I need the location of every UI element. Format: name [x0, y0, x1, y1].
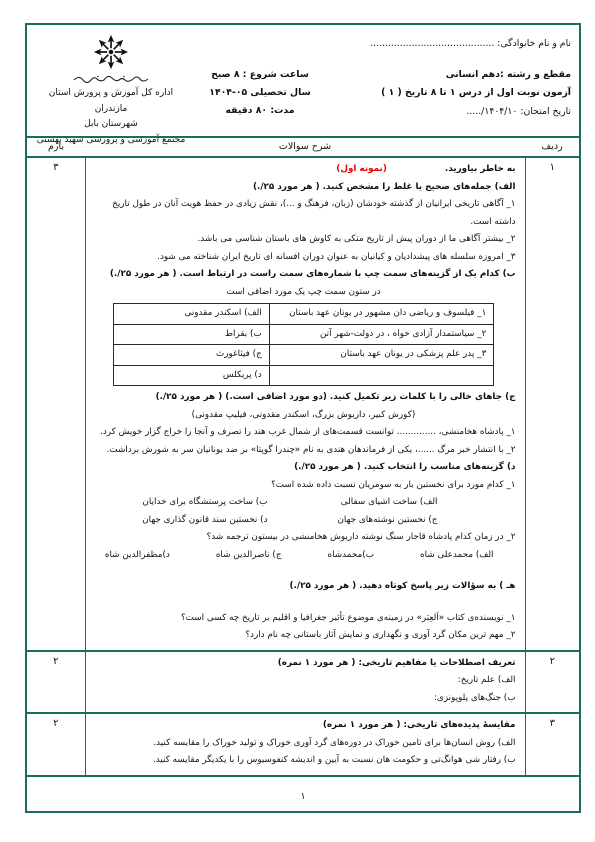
q3-item-a: الف) روش انسان‌ها برای تامین خوراک در دو…	[92, 735, 516, 753]
q1-part-e-heading: هـ ) به سؤالات زیر پاسخ کوتاه دهید. ( هر…	[92, 578, 516, 596]
q1-d2-option-c: ج) ناصرالدین شاه	[216, 547, 282, 565]
matching-option-c: ج) فیثاغورث	[113, 345, 269, 366]
org-line-province: اداره کل آموزش و پرورش استان مازندران	[35, 86, 187, 117]
start-time: ساعت شروع : ۸ صبح	[187, 66, 333, 84]
matching-question-1: ۱_ فیلسوف و ریاضی دان مشهور در یونان عهد…	[269, 304, 494, 325]
q1-part-b-heading: ب) کدام یک از گزینه‌های سمت چپ با شماره‌…	[92, 266, 516, 284]
q1-d1-option-d: د) نخستین سند قانون گذاری جهان	[142, 512, 267, 530]
q1-number: ۱	[525, 157, 579, 651]
exam-sheet-page: { "colors": { "accent": "#1a6b62", "red"…	[0, 0, 595, 842]
q1-part-d-heading: د) گزینه‌های مناسب را انتخاب کنید. ( هر …	[92, 459, 516, 477]
matching-row: ۱_ فیلسوف و ریاضی دان مشهور در یونان عهد…	[113, 304, 494, 325]
q1-part-b-note: در ستون سمت چپ یک مورد اضافی است	[92, 284, 516, 302]
q1-a-item-1: ۱_ آگاهی تاریخی ایرانیان از گذشته خودشان…	[92, 196, 516, 231]
q1-d2-option-b: ب)محمدشاه	[328, 547, 374, 565]
questions-table-header: ردیف شرح سوالات بارم	[27, 137, 579, 157]
q1-c-item-1: ۱_ پادشاه هخامنشی، .............. توانست…	[92, 424, 516, 442]
question-row-1: ۱ به خاطر بیاورید. (نمونه اول) الف) جمله…	[27, 157, 579, 651]
grade-field: مقطع و رشته :دهم انسانی	[333, 67, 571, 82]
q1-score: ۳	[27, 157, 85, 651]
ministry-logo-icon	[92, 33, 130, 71]
matching-question-3: ۳_ پدر علم پزشکی در یونان عهد باستان	[269, 345, 494, 366]
matching-row: د) پریکلس	[113, 365, 494, 386]
org-line-county: شهرستان بابل	[35, 117, 187, 133]
q1-a-item-3: ۳_ امروزه سلسله های پیشدادیان و کیانیان …	[92, 249, 516, 267]
matching-question-empty	[269, 365, 494, 386]
col-header-score: بارم	[27, 137, 85, 157]
q1-sample-badge: (نمونه اول)	[336, 161, 387, 179]
matching-row: ۲_ سیاستمدار آزادی خواه ، در دولت-شهر آت…	[113, 324, 494, 345]
questions-table: ردیف شرح سوالات بارم ۱ به خاطر بیاورید. …	[27, 136, 579, 777]
q3-item-b: ب) رفتار شی هوانگ‌تی و حکومت هان نسبت به…	[92, 752, 516, 770]
q2-score: ۲	[27, 651, 85, 714]
q3-score: ۲	[27, 713, 85, 776]
matching-option-a: الف) اسکندر مقدونی	[113, 304, 269, 325]
q1-e-item-2: ۲_ مهم ترین مکان گرد آوری و نگهداری و نم…	[92, 627, 516, 645]
page-border-frame: نام و نام خانوادگی: ....................…	[25, 23, 581, 813]
matching-row: ۳_ پدر علم پزشکی در یونان عهد باستان ج) …	[113, 345, 494, 366]
q3-section-title: مقایسهٔ پدیده‌های تاریخی: ( هر مورد ۱ نم…	[92, 717, 516, 735]
q2-item-b: ب) جنگ‌های پلوپونزی:	[92, 690, 516, 708]
school-year: سال تحصیلی ۰۵-۱۴۰۴	[187, 84, 333, 102]
q1-d1-option-c: ج) نخستین نوشته‌های جهان	[268, 512, 438, 530]
q1-section-title: به خاطر بیاورید.	[445, 161, 516, 179]
header-student-block: نام و نام خانوادگی: ....................…	[333, 30, 571, 134]
q1-part-a-heading: الف) جمله‌های صحیح یا غلط را مشخص کنید. …	[92, 179, 516, 197]
page-number: ۱	[27, 791, 579, 811]
question-row-2: ۲ تعریف اصطلاحات یا مفاهیم تاریخی: ( هر …	[27, 651, 579, 714]
q1-a-item-2: ۲_ بیشتر آگاهی ما از دوران پیش از تاریخ …	[92, 231, 516, 249]
question-row-3: ۳ مقایسهٔ پدیده‌های تاریخی: ( هر مورد ۱ …	[27, 713, 579, 776]
q2-item-a: الف) علم تاریخ:	[92, 672, 516, 690]
exam-duration: مدت: ۸۰ دقیقه	[187, 102, 333, 120]
q1-part-c-word-bank: (کورش کبیر، داریوش بزرگ، اسکندر مقدونی، …	[92, 407, 516, 425]
header-organization-block: اداره کل آموزش و پرورش استان مازندران شه…	[35, 30, 187, 134]
exam-title: آزمون نوبت اول از درس ۱ تا ۸ تاریخ ( ۱ )	[333, 85, 571, 100]
q1-d2-option-a: الف) محمدعلی شاه	[420, 547, 494, 565]
q2-section-title: تعریف اصطلاحات یا مفاهیم تاریخی: ( هر مو…	[92, 655, 516, 673]
q1-d-question-1: ۱_ کدام مورد برای نخستین بار به سومریان …	[92, 477, 516, 495]
q1-e-item-1: ۱_ نویسنده‌ی کتاب «اَلعِبَر» در زمینه‌ی …	[92, 610, 516, 628]
matching-table: ۱_ فیلسوف و ریاضی دان مشهور در یونان عهد…	[113, 303, 495, 386]
col-header-row-number: ردیف	[525, 137, 579, 157]
matching-option-d: د) پریکلس	[113, 365, 269, 386]
q3-number: ۳	[525, 713, 579, 776]
header-times-block: ساعت شروع : ۸ صبح سال تحصیلی ۰۵-۱۴۰۴ مدت…	[187, 30, 333, 134]
q1-c-item-2: ۲_ با انتشار خبر مرگ ......، یکی از فرما…	[92, 442, 516, 460]
matching-option-b: ب) بقراط	[113, 324, 269, 345]
q1-d2-option-d: د)مظفرالدین شاه	[105, 547, 170, 565]
exam-header: نام و نام خانوادگی: ....................…	[27, 25, 579, 136]
exam-date: تاریخ امتحان: ۱۴۰۴/۱۰/.....	[333, 104, 571, 119]
q1-d-question-2: ۲_ در زمان کدام پادشاه قاجار سنگ نوشته د…	[92, 529, 516, 547]
col-header-questions: شرح سوالات	[85, 137, 525, 157]
calligraphy-signature-icon	[72, 74, 150, 84]
q1-part-c-heading: ج) جاهای خالی را با کلمات زیر تکمیل کنید…	[92, 389, 516, 407]
matching-question-2: ۲_ سیاستمدار آزادی خواه ، در دولت-شهر آت…	[269, 324, 494, 345]
q1-d1-option-a: الف) ساخت اشیای سفالی	[268, 494, 438, 512]
student-name-line: نام و نام خانوادگی: ....................…	[333, 36, 571, 51]
q2-number: ۲	[525, 651, 579, 714]
q1-d1-option-b: ب) ساخت پرستشگاه برای خدایان	[142, 494, 267, 512]
